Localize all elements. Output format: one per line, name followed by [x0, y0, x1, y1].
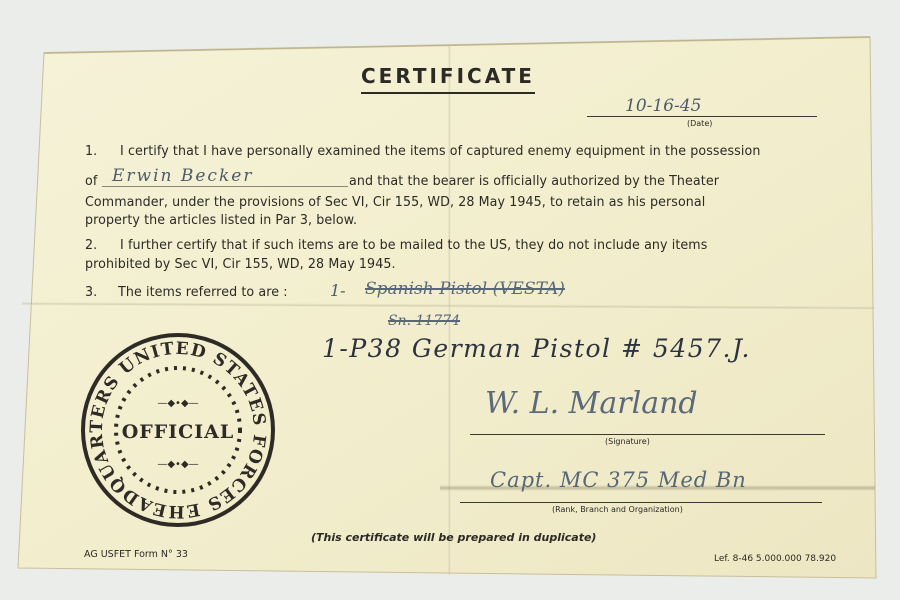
para-2-line-2: prohibited by Sec VI, Cir 155, WD, 28 Ma…	[85, 257, 396, 272]
para-3-label: The items referred to are :	[118, 285, 288, 300]
duplicate-note: (This certificate will be prepared in du…	[311, 531, 596, 544]
para-1-line-3: Commander, under the provisions of Sec V…	[85, 195, 705, 210]
para-1-of-label: of	[85, 174, 97, 189]
signature-value: W. L. Marland	[485, 386, 698, 421]
date-value: 10-16-45	[625, 96, 701, 116]
rank-label: (Rank, Branch and Organization)	[552, 505, 683, 514]
seal-top-ornament: —◆•◆—	[157, 398, 198, 409]
para-1-line-4: property the articles listed in Par 3, b…	[85, 213, 357, 228]
date-line	[587, 116, 817, 117]
seal-center-text: OFFICIAL	[122, 421, 235, 443]
signature-label: (Signature)	[605, 437, 650, 446]
rank-value: Capt. MC 375 Med Bn	[490, 468, 747, 492]
para-3-number: 3.	[85, 285, 97, 300]
para-1-line-1: I certify that I have personally examine…	[120, 144, 760, 159]
para-1-line-2: and that the bearer is officially author…	[349, 174, 719, 189]
para-2-number: 2.	[85, 238, 97, 253]
para-1-number: 1.	[85, 144, 97, 159]
seal-graphic: HEADQUARTERS UNITED STATES FORCES EUROPE…	[78, 330, 278, 530]
item-struck-spanish-pistol: Spanish Pistol (VESTA)	[365, 279, 565, 299]
item-struck-serial: Sn. 11774	[388, 313, 460, 329]
certificate-title: CERTIFICATE	[361, 64, 535, 94]
vertical-fold	[448, 45, 451, 575]
para-2-line-1: I further certify that if such items are…	[120, 238, 707, 253]
item-1-prefix: 1-	[330, 281, 346, 300]
certificate-paper: CERTIFICATE 10-16-45 (Date) 1. I certify…	[0, 0, 900, 600]
seal-bottom-ornament: —◆•◆—	[157, 459, 198, 470]
item-p38-german-pistol: 1-P38 German Pistol # 5457.J.	[322, 334, 751, 363]
official-seal-stamp: HEADQUARTERS UNITED STATES FORCES EUROPE…	[78, 330, 278, 530]
date-label: (Date)	[687, 119, 712, 128]
rank-line	[460, 502, 822, 503]
form-number: AG USFET Form N° 33	[84, 549, 188, 560]
signature-line	[470, 434, 825, 435]
bearer-name: Erwin Becker	[112, 166, 253, 186]
bearer-name-line	[102, 186, 348, 187]
print-code: Lef. 8-46 5.000.000 78.920	[714, 554, 836, 564]
